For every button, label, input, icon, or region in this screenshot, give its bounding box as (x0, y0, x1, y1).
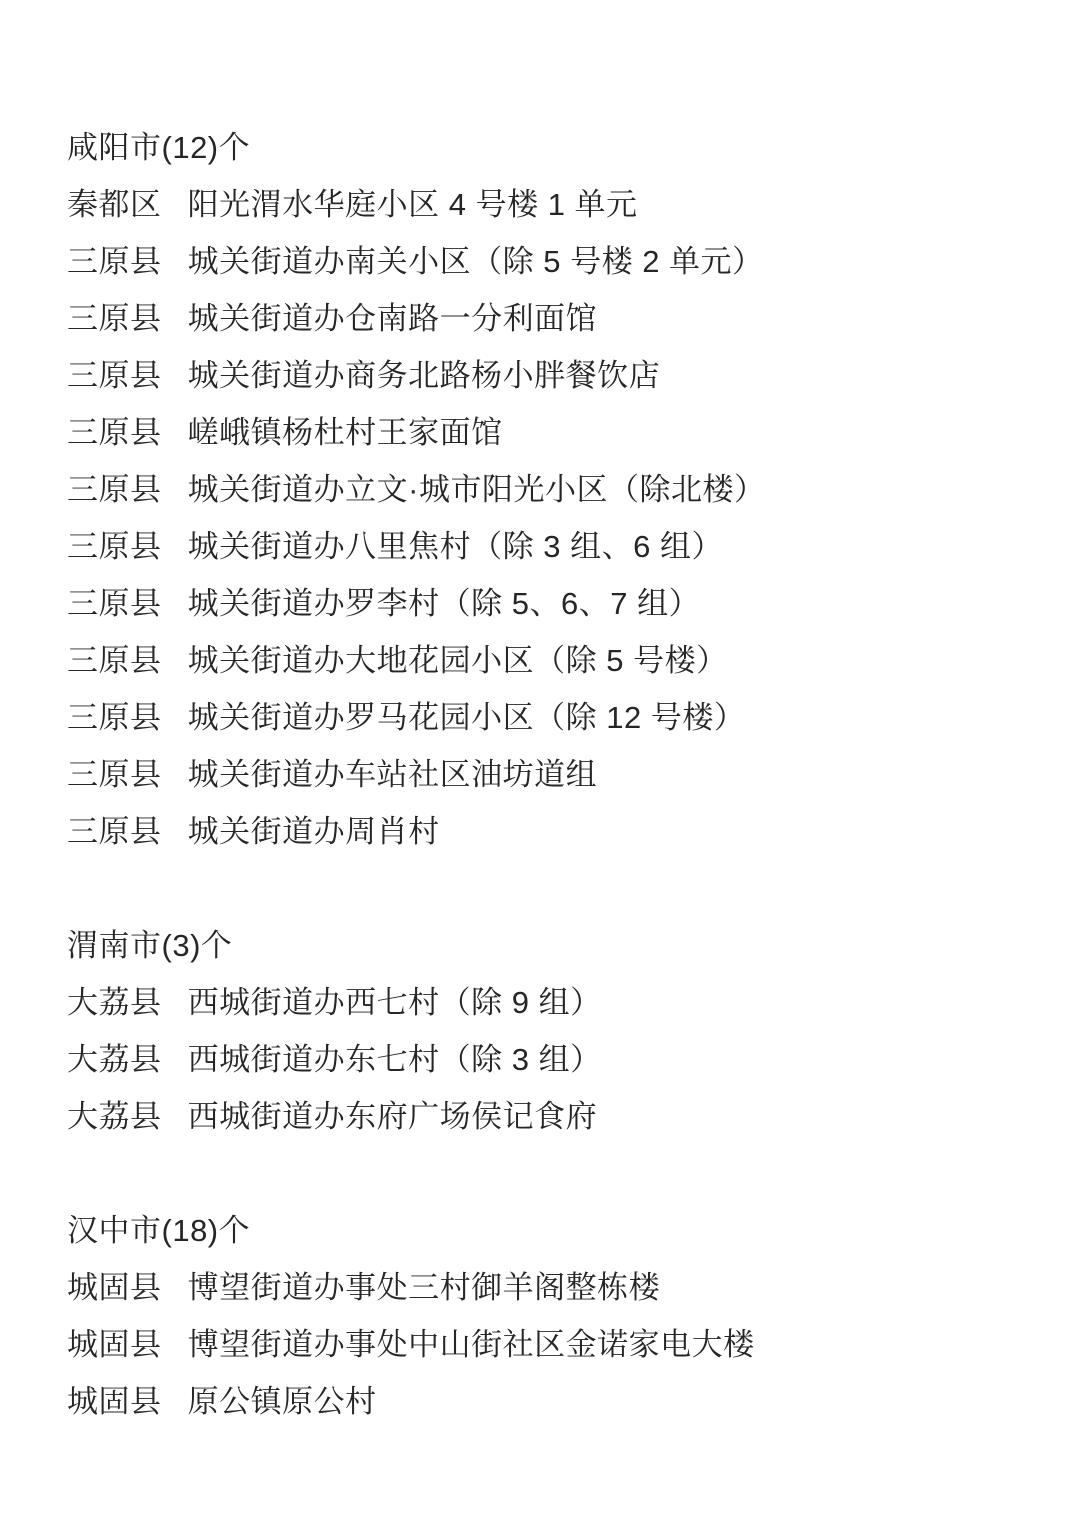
place-label: 城关街道办八里焦村（除 3 组、6 组） (188, 518, 723, 575)
location-row: 大荔县 西城街道办东七村（除 3 组） (67, 1031, 1040, 1088)
location-row: 三原县 城关街道办大地花园小区（除 5 号楼） (67, 632, 1040, 689)
county-label: 三原县 (67, 461, 162, 518)
place-label: 城关街道办商务北路杨小胖餐饮店 (188, 347, 661, 404)
location-row: 城固县 原公镇原公村 (67, 1373, 1040, 1430)
location-row: 城固县 博望街道办事处三村御羊阁整栋楼 (67, 1259, 1040, 1316)
location-row: 大荔县 西城街道办东府广场侯记食府 (67, 1088, 1040, 1145)
place-label: 城关街道办立文·城市阳光小区（除北楼） (188, 461, 766, 518)
city-section-header: 咸阳市(12)个 (67, 119, 1040, 176)
county-label: 三原县 (67, 290, 162, 347)
county-label: 城固县 (67, 1259, 162, 1316)
location-row: 秦都区 阳光渭水华庭小区 4 号楼 1 单元 (67, 176, 1040, 233)
place-label: 城关街道办大地花园小区（除 5 号楼） (188, 632, 728, 689)
place-label: 博望街道办事处三村御羊阁整栋楼 (188, 1259, 661, 1316)
county-label: 城固县 (67, 1373, 162, 1430)
county-label: 三原县 (67, 575, 162, 632)
location-row: 三原县 城关街道办车站社区油坊道组 (67, 746, 1040, 803)
location-row: 三原县 城关街道办商务北路杨小胖餐饮店 (67, 347, 1040, 404)
place-label: 西城街道办东府广场侯记食府 (188, 1088, 598, 1145)
location-row: 三原县 城关街道办八里焦村（除 3 组、6 组） (67, 518, 1040, 575)
place-label: 西城街道办东七村（除 3 组） (188, 1031, 602, 1088)
location-row: 三原县 城关街道办周肖村 (67, 803, 1040, 860)
county-label: 三原县 (67, 803, 162, 860)
county-label: 三原县 (67, 518, 162, 575)
city-section-items: 大荔县 西城街道办西七村（除 9 组） 大荔县 西城街道办东七村（除 3 组） … (67, 974, 1040, 1145)
blank-line (67, 860, 1040, 917)
location-row: 三原县 城关街道办罗马花园小区（除 12 号楼） (67, 689, 1040, 746)
city-section-header: 渭南市(3)个 (67, 917, 1040, 974)
document-content: 咸阳市(12)个 秦都区 阳光渭水华庭小区 4 号楼 1 单元 三原县 城关街道… (67, 119, 1040, 1430)
county-label: 三原县 (67, 233, 162, 290)
city-section-items: 城固县 博望街道办事处三村御羊阁整栋楼 城固县 博望街道办事处中山街社区金诺家电… (67, 1259, 1040, 1430)
county-label: 三原县 (67, 632, 162, 689)
location-row: 三原县 城关街道办南关小区（除 5 号楼 2 单元） (67, 233, 1040, 290)
blank-line (67, 1145, 1040, 1202)
county-label: 城固县 (67, 1316, 162, 1373)
place-label: 博望街道办事处中山街社区金诺家电大楼 (188, 1316, 755, 1373)
location-row: 大荔县 西城街道办西七村（除 9 组） (67, 974, 1040, 1031)
place-label: 城关街道办周肖村 (188, 803, 440, 860)
city-section: 汉中市(18)个 城固县 博望街道办事处三村御羊阁整栋楼 城固县 博望街道办事处… (67, 1202, 1040, 1430)
place-label: 原公镇原公村 (188, 1373, 377, 1430)
county-label: 三原县 (67, 746, 162, 803)
location-row: 三原县 嵯峨镇杨杜村王家面馆 (67, 404, 1040, 461)
city-section: 咸阳市(12)个 秦都区 阳光渭水华庭小区 4 号楼 1 单元 三原县 城关街道… (67, 119, 1040, 917)
location-row: 三原县 城关街道办立文·城市阳光小区（除北楼） (67, 461, 1040, 518)
city-section: 渭南市(3)个 大荔县 西城街道办西七村（除 9 组） 大荔县 西城街道办东七村… (67, 917, 1040, 1202)
county-label: 三原县 (67, 404, 162, 461)
county-label: 大荔县 (67, 1031, 162, 1088)
location-row: 三原县 城关街道办罗李村（除 5、6、7 组） (67, 575, 1040, 632)
place-label: 嵯峨镇杨杜村王家面馆 (188, 404, 503, 461)
place-label: 城关街道办罗马花园小区（除 12 号楼） (188, 689, 746, 746)
county-label: 三原县 (67, 689, 162, 746)
county-label: 秦都区 (67, 176, 162, 233)
county-label: 三原县 (67, 347, 162, 404)
place-label: 城关街道办车站社区油坊道组 (188, 746, 598, 803)
place-label: 阳光渭水华庭小区 4 号楼 1 单元 (188, 176, 638, 233)
city-section-items: 秦都区 阳光渭水华庭小区 4 号楼 1 单元 三原县 城关街道办南关小区（除 5… (67, 176, 1040, 860)
place-label: 城关街道办仓南路一分利面馆 (188, 290, 598, 347)
location-row: 三原县 城关街道办仓南路一分利面馆 (67, 290, 1040, 347)
document-page: 咸阳市(12)个 秦都区 阳光渭水华庭小区 4 号楼 1 单元 三原县 城关街道… (0, 0, 1080, 1528)
county-label: 大荔县 (67, 1088, 162, 1145)
place-label: 西城街道办西七村（除 9 组） (188, 974, 602, 1031)
city-section-header: 汉中市(18)个 (67, 1202, 1040, 1259)
county-label: 大荔县 (67, 974, 162, 1031)
place-label: 城关街道办南关小区（除 5 号楼 2 单元） (188, 233, 764, 290)
place-label: 城关街道办罗李村（除 5、6、7 组） (188, 575, 700, 632)
location-row: 城固县 博望街道办事处中山街社区金诺家电大楼 (67, 1316, 1040, 1373)
